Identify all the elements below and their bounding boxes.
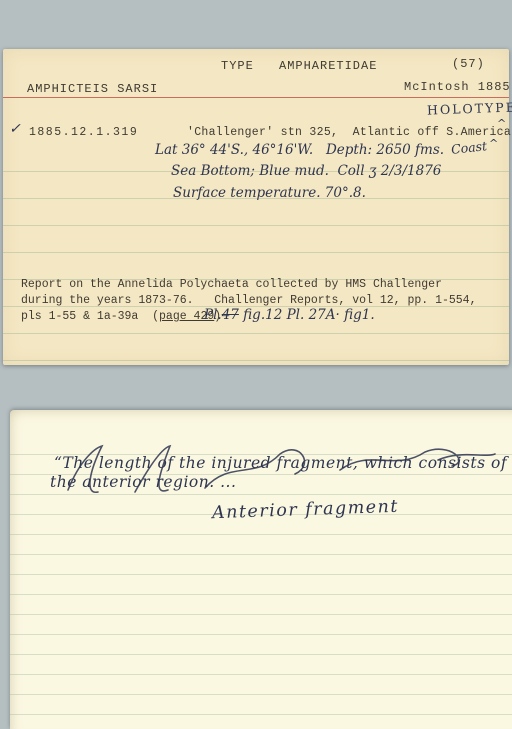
catalog-card-back: “The length of the injured fragment, whi… <box>10 410 512 729</box>
crossed-out-quote-line-1: “The length of the injured fragment, whi… <box>54 454 507 472</box>
reference-line-2: during the years 1873-76. Challenger Rep… <box>21 294 476 307</box>
coast-note: Coast <box>450 138 487 157</box>
registration-number: 1885.12.1.319 <box>29 126 138 139</box>
ruled-lines <box>10 454 512 729</box>
locality-line: 'Challenger' stn 325, Atlantic off S.Ame… <box>187 126 511 139</box>
catalog-card-front: TYPE AMPHARETIDAE (57) AMPHICTEIS SARSI … <box>3 49 509 365</box>
handwritten-seabottom: Sea Bottom; Blue mud. Coll ʒ 2/3/1876 <box>171 163 441 179</box>
red-rule-line <box>3 97 509 98</box>
figure-reference-struck: 47 <box>222 307 239 323</box>
type-label: TYPE <box>221 59 254 73</box>
tick-mark: ✓ <box>9 121 21 137</box>
reference-line-1: Report on the Annelida Polychaeta collec… <box>21 278 442 291</box>
handwritten-latlong: Lat 36° 44'S., 46°16'W. Depth: 2650 fms. <box>155 142 444 158</box>
coast-caret: ^ <box>489 137 498 150</box>
card-number: (57) <box>452 57 485 71</box>
handwritten-temperature: Surface temperature. 70°.8. <box>173 185 366 201</box>
figure-reference-pl: Pl. <box>204 307 222 323</box>
holotype-annotation: HOLOTYPE <box>427 99 512 117</box>
figure-reference-rest: fig.12 Pl. 27A· fig1. <box>239 307 375 323</box>
author-year: McIntosh 1885 <box>404 80 511 94</box>
reference-line-3-prefix: pls 1-55 & 1a-39a ( <box>21 310 159 323</box>
species-name: AMPHICTEIS SARSI <box>27 82 158 96</box>
anterior-fragment-note: Anterior fragment <box>212 497 400 524</box>
family-name: AMPHARETIDAE <box>279 59 377 73</box>
insertion-caret: ^ <box>497 117 506 130</box>
figure-reference: Pl.47 fig.12 Pl. 27A· fig1. <box>204 307 375 323</box>
reference-line-3: pls 1-55 & 1a-39a (page 429) <box>21 310 221 323</box>
crossed-out-quote-line-2: the anterior region. ... <box>50 473 236 491</box>
